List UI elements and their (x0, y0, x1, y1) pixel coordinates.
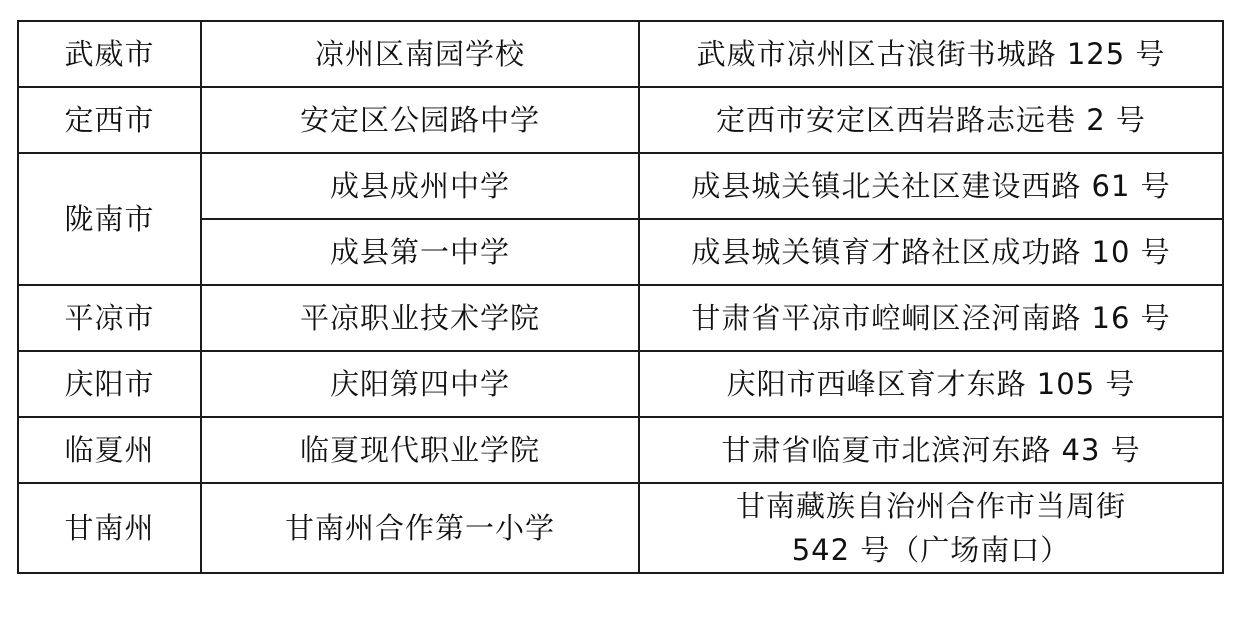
table-row: 甘南州 甘南州合作第一小学 甘南藏族自治州合作市当周街 542 号（广场南口） (18, 483, 1223, 573)
school-cell: 庆阳第四中学 (201, 351, 639, 417)
city-cell: 陇南市 (18, 153, 201, 285)
table-row: 陇南市 成县成州中学 成县城关镇北关社区建设西路 61 号 (18, 153, 1223, 219)
school-cell: 成县成州中学 (201, 153, 639, 219)
address-line-2: 542 号（广场南口） (646, 528, 1216, 572)
page: 武威市 凉州区南园学校 武威市凉州区古浪街书城路 125 号 定西市 安定区公园… (0, 0, 1241, 644)
address-cell: 甘南藏族自治州合作市当周街 542 号（广场南口） (639, 483, 1223, 573)
table-row: 庆阳市 庆阳第四中学 庆阳市西峰区育才东路 105 号 (18, 351, 1223, 417)
city-cell: 定西市 (18, 87, 201, 153)
city-cell: 庆阳市 (18, 351, 201, 417)
school-cell: 成县第一中学 (201, 219, 639, 285)
table-row: 武威市 凉州区南园学校 武威市凉州区古浪街书城路 125 号 (18, 21, 1223, 87)
city-cell: 武威市 (18, 21, 201, 87)
table-row: 定西市 安定区公园路中学 定西市安定区西岩路志远巷 2 号 (18, 87, 1223, 153)
school-cell: 平凉职业技术学院 (201, 285, 639, 351)
school-cell: 临夏现代职业学院 (201, 417, 639, 483)
table-row: 临夏州 临夏现代职业学院 甘肃省临夏市北滨河东路 43 号 (18, 417, 1223, 483)
address-cell: 甘肃省临夏市北滨河东路 43 号 (639, 417, 1223, 483)
school-cell: 安定区公园路中学 (201, 87, 639, 153)
city-cell: 甘南州 (18, 483, 201, 573)
city-cell: 临夏州 (18, 417, 201, 483)
address-cell: 成县城关镇北关社区建设西路 61 号 (639, 153, 1223, 219)
venue-table: 武威市 凉州区南园学校 武威市凉州区古浪街书城路 125 号 定西市 安定区公园… (17, 20, 1224, 574)
address-cell: 武威市凉州区古浪街书城路 125 号 (639, 21, 1223, 87)
school-cell: 甘南州合作第一小学 (201, 483, 639, 573)
address-cell: 庆阳市西峰区育才东路 105 号 (639, 351, 1223, 417)
city-cell: 平凉市 (18, 285, 201, 351)
address-cell: 甘肃省平凉市崆峒区泾河南路 16 号 (639, 285, 1223, 351)
address-line-1: 甘南藏族自治州合作市当周街 (646, 484, 1216, 528)
table-row: 平凉市 平凉职业技术学院 甘肃省平凉市崆峒区泾河南路 16 号 (18, 285, 1223, 351)
address-cell: 成县城关镇育才路社区成功路 10 号 (639, 219, 1223, 285)
address-cell: 定西市安定区西岩路志远巷 2 号 (639, 87, 1223, 153)
school-cell: 凉州区南园学校 (201, 21, 639, 87)
